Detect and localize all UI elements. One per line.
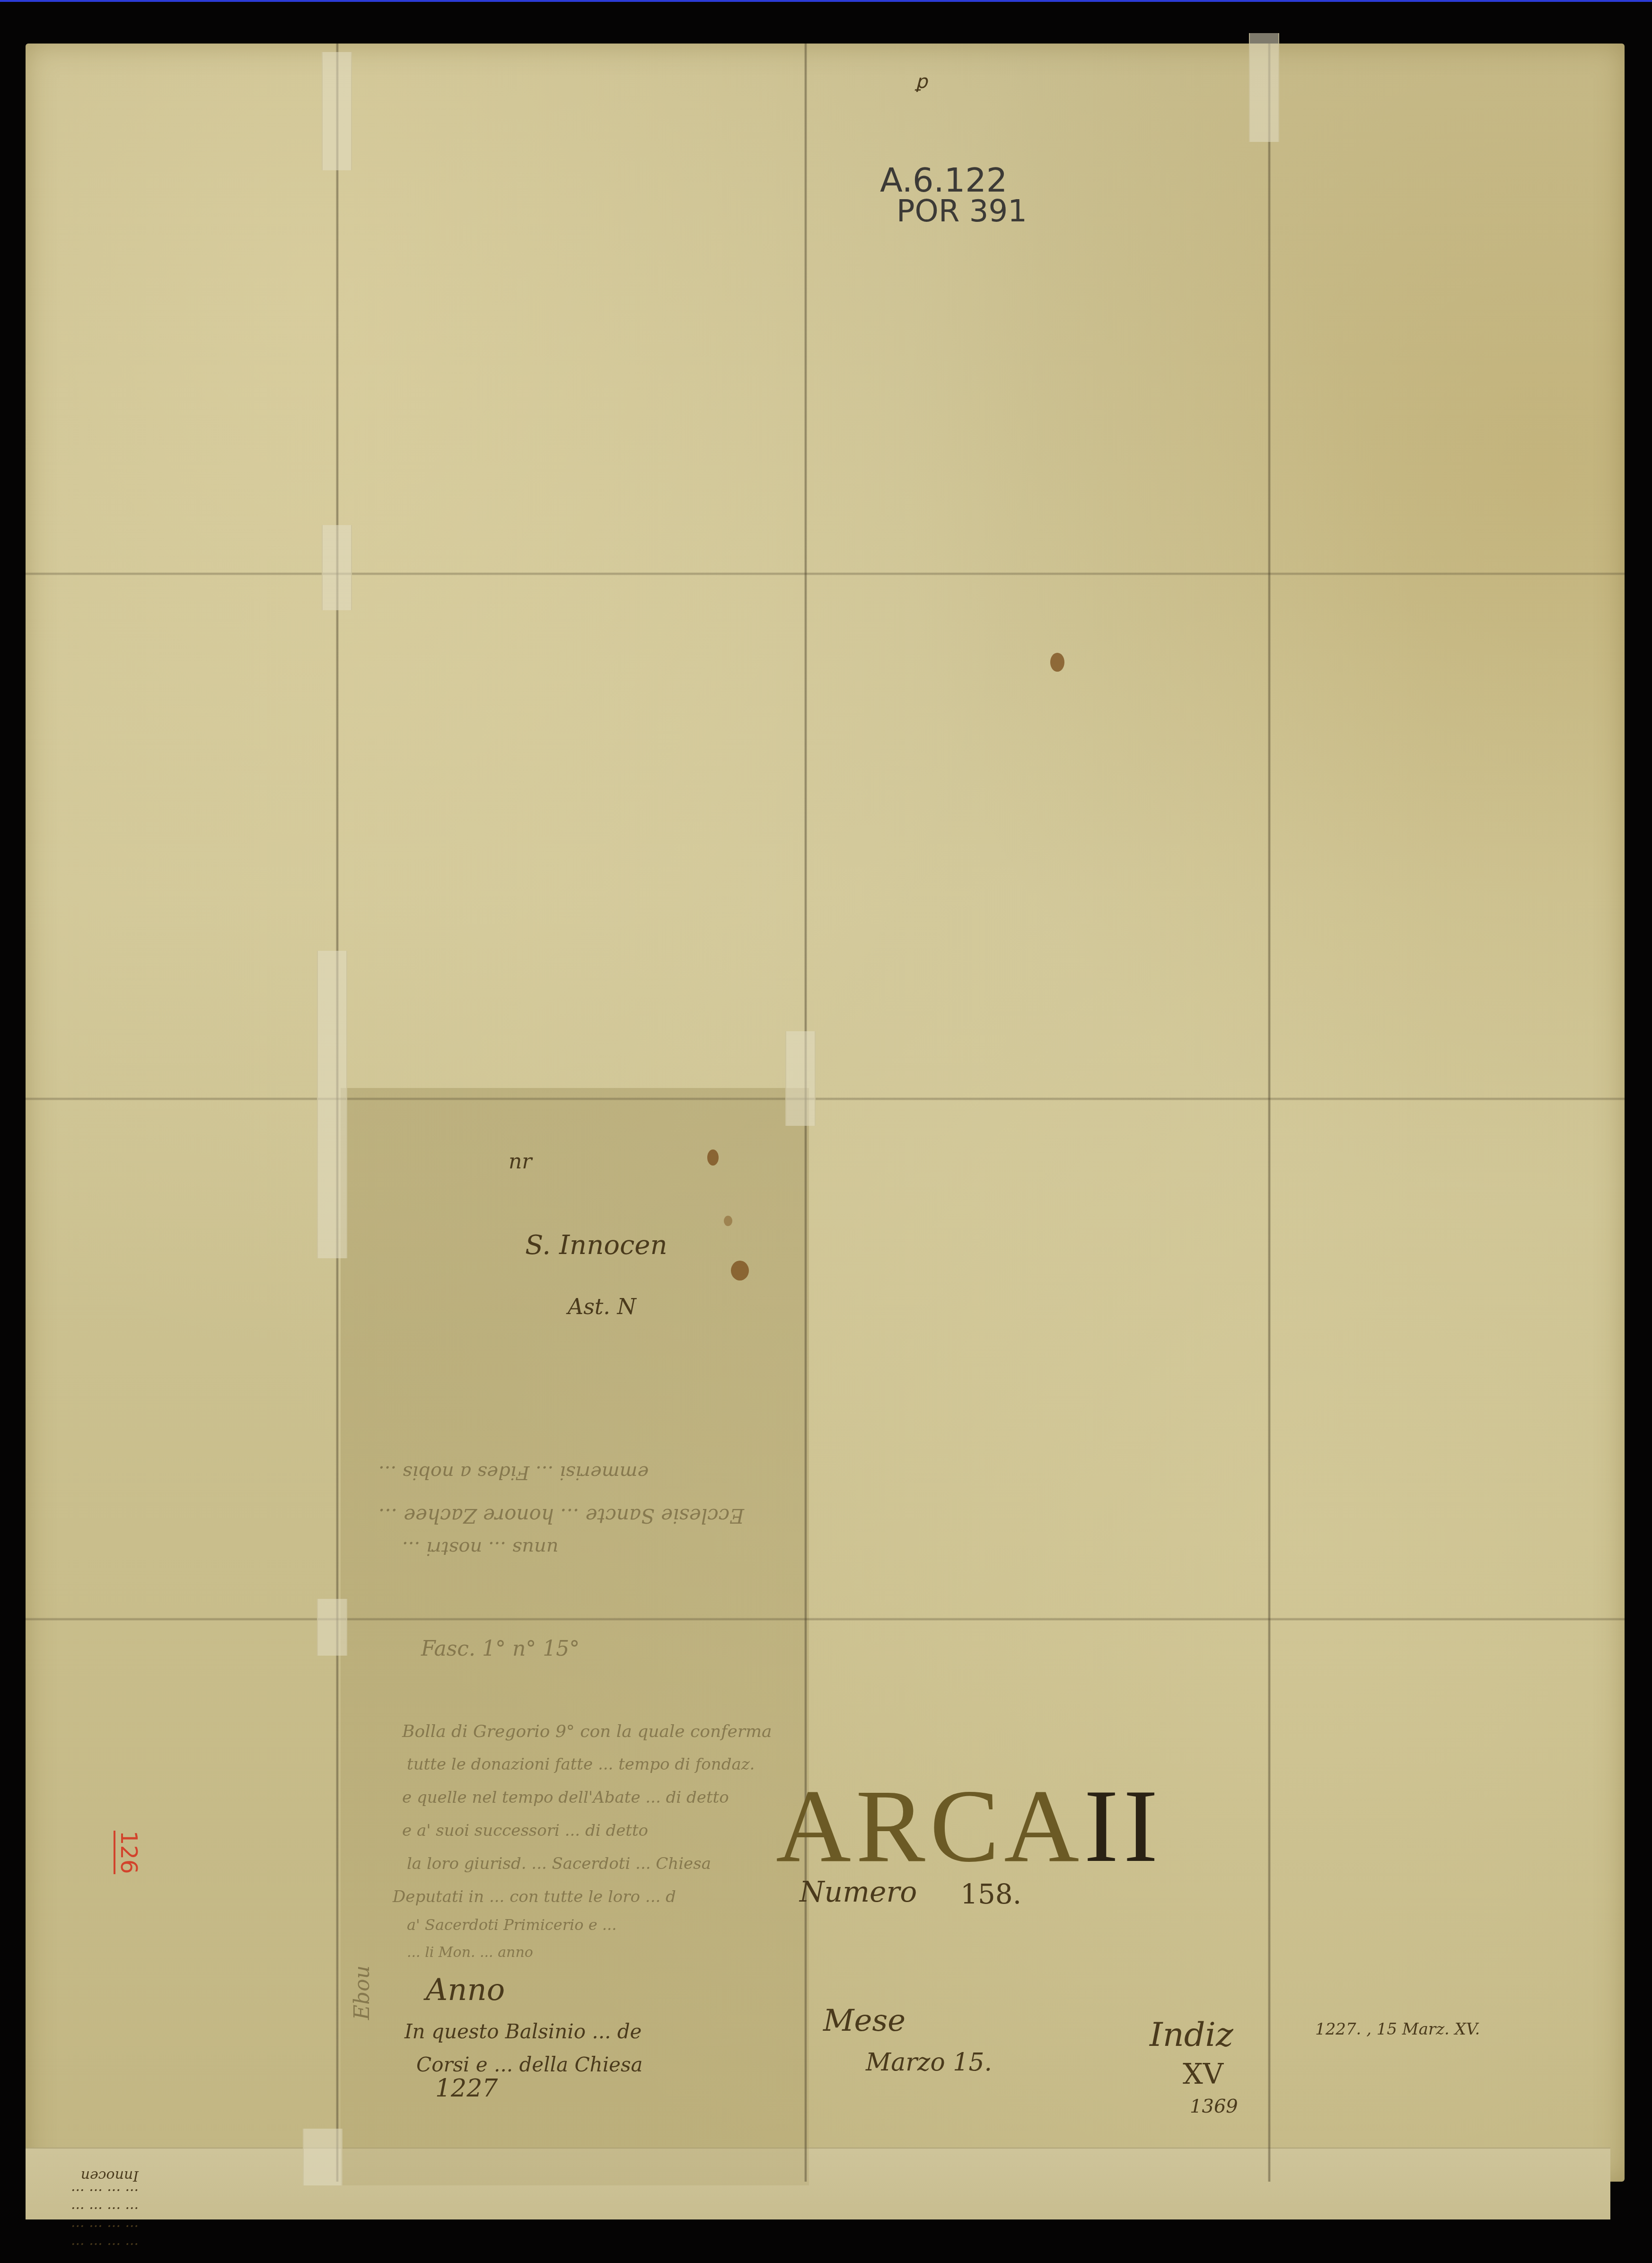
- numero-label: Numero: [800, 1876, 917, 1909]
- mending-strip: [322, 525, 352, 610]
- mending-strip: [317, 951, 347, 1258]
- summary-line-1: Bolla di Gregorio 9° con la quale confer…: [402, 1722, 772, 1741]
- vertical-note: Ebou: [350, 1965, 374, 2020]
- arca-number: II: [1084, 1768, 1163, 1884]
- indiz-label: Indiz: [1150, 2015, 1233, 2054]
- summary-line-3: e quelle nel tempo dell'Abate ... di det…: [402, 1788, 729, 1807]
- ink-stain: [707, 1149, 719, 1166]
- anno-label: Anno: [426, 1973, 505, 2008]
- mese-value: Marzo 15.: [866, 2048, 992, 2077]
- right-date-note: 1227. , 15 Marz. XV.: [1315, 2020, 1480, 2039]
- summary-line-2: tutte le donazioni fatte ... tempo di fo…: [407, 1755, 755, 1774]
- left-panel-sub: Ast. N: [568, 1294, 636, 1319]
- mese-label: Mese: [823, 2003, 905, 2038]
- inverted-line-1: emmerisi ... Fides a nobis ...: [378, 1462, 649, 1483]
- indiz-value: XV: [1183, 2058, 1223, 2091]
- summary-line-7: a' Sacerdoti Primicerio e ...: [407, 1916, 616, 1934]
- ink-stain: [1050, 653, 1064, 672]
- mending-strip: [1249, 33, 1279, 142]
- mending-strip: [785, 1031, 816, 1126]
- summary-line-8: ... li Mon. ... anno: [407, 1944, 533, 1961]
- numero-value: 158.: [960, 1878, 1021, 1910]
- fold-line-horizontal-2: [26, 1097, 1625, 1100]
- bottom-flap-text: ... ... ... ... ... ... ... ... ... ... …: [71, 2167, 139, 2256]
- anno-year: 1227: [435, 2074, 498, 2103]
- fasc-number: Fasc. 1° n° 15°: [421, 1637, 580, 1661]
- ink-stain: [724, 1216, 732, 1226]
- top-mark: ꝑ: [915, 71, 927, 93]
- inverted-line-3: unus ... nostri ...: [402, 1537, 559, 1559]
- arca-heading: ARCAII: [776, 1774, 1163, 1878]
- fold-line-horizontal-3: [26, 1618, 1625, 1621]
- left-panel-name: S. Innocen: [525, 1230, 668, 1261]
- fold-line-vertical-3: [1268, 44, 1271, 2182]
- anno-line-2: Corsi e ... della Chiesa: [416, 2053, 643, 2076]
- mending-strip: [322, 52, 352, 170]
- top-border-line: [0, 0, 1652, 2]
- inverted-line-2: Ecclesie Sancte ... honore Zachee ...: [378, 1504, 744, 1527]
- ink-stain: [731, 1261, 749, 1281]
- bottom-fold-flap: [26, 2148, 1610, 2219]
- pencil-shelfmark-line2: POR 391: [896, 194, 1027, 229]
- mending-strip: [317, 1599, 347, 1656]
- fold-line-horizontal-1: [26, 572, 1625, 575]
- left-panel-mark: nr: [509, 1149, 532, 1174]
- mending-strip: [303, 2129, 343, 2185]
- summary-line-6: Deputati in ... con tutte le loro ... d: [393, 1887, 676, 1906]
- red-archive-number: 126: [114, 1831, 142, 1874]
- arca-label: ARCA: [776, 1768, 1084, 1884]
- summary-line-5: la loro giurisd. ... Sacerdoti ... Chies…: [407, 1854, 711, 1873]
- summary-line-4: e a' suoi successori ... di detto: [402, 1821, 648, 1840]
- indiz-sub: 1369: [1190, 2096, 1238, 2117]
- anno-line-1: In questo Balsinio ... de: [404, 2020, 641, 2043]
